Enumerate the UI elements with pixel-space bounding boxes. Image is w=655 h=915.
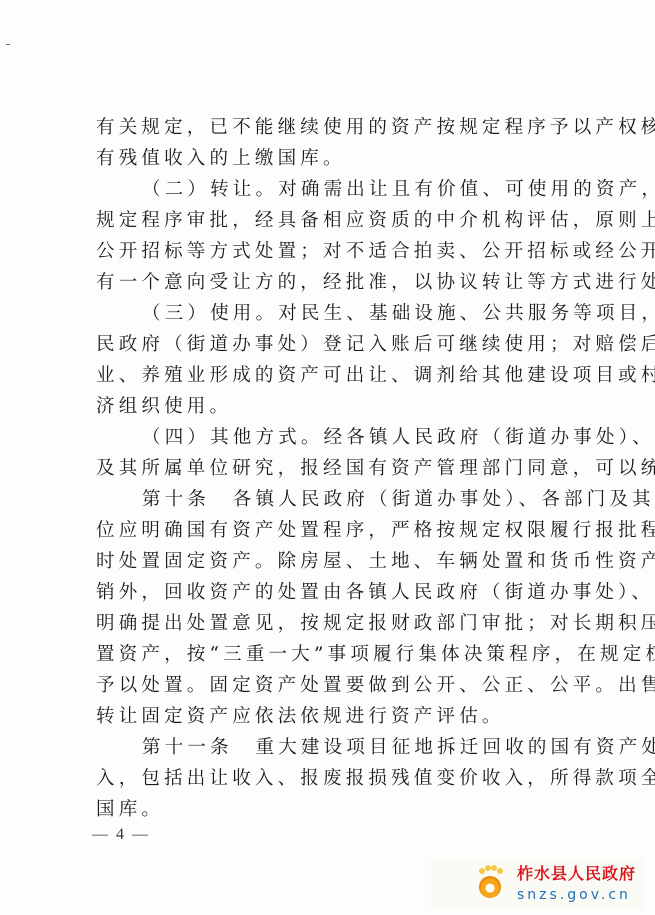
text-line: 时处置固定资产。除房屋、土地、车辆处置和货币性资产损失核: [96, 546, 582, 577]
text-line: 国库。: [96, 794, 582, 825]
site-watermark: 柞水县人民政府 snzs.gov.cn: [425, 858, 643, 910]
text-line: 有关规定，已不能继续使用的资产按规定程序予以产权核销。若: [96, 112, 582, 143]
sunflower-logo-icon: [475, 862, 515, 906]
article-heading-line: 第十一条 重大建设项目征地拆迁回收的国有资产处置收: [96, 732, 582, 763]
text-line: 民政府（街道办事处）登记入账后可继续使用；对赔偿后的种植: [96, 329, 582, 360]
text-line: 规定程序审批，经具备相应资质的中介机构评估，原则上以拍卖、: [96, 205, 582, 236]
text-line: （二）转让。对确需出让且有价值、可使用的资产，必须按: [96, 174, 582, 205]
text-line: 予以处置。固定资产处置要做到公开、公正、公平。出售、出让、: [96, 670, 582, 701]
text-line: 转让固定资产应依法依规进行资产评估。: [96, 701, 582, 732]
text-line: （四）其他方式。经各镇人民政府（街道办事处）、各部门: [96, 422, 582, 453]
text-line: 销外，回收资产的处置由各镇人民政府（街道办事处）、各部门: [96, 577, 582, 608]
text-line: 入，包括出让收入、报废报损残值变价收入，所得款项全部上缴: [96, 763, 582, 794]
text-line: 及其所属单位研究，报经国有资产管理部门同意，可以统筹使用。: [96, 453, 582, 484]
document-body: 有关规定，已不能继续使用的资产按规定程序予以产权核销。若 有残值收入的上缴国库。…: [96, 112, 582, 825]
article-heading-line: 第十条 各镇人民政府（街道办事处）、各部门及其所属单: [96, 484, 582, 515]
watermark-title: 柞水县人民政府: [517, 866, 636, 882]
document-page: 有关规定，已不能继续使用的资产按规定程序予以产权核销。若 有残值收入的上缴国库。…: [0, 0, 655, 915]
page-number: — 4 —: [92, 826, 150, 844]
text-line: 有残值收入的上缴国库。: [96, 143, 582, 174]
text-line: 业、养殖业形成的资产可出让、调剂给其他建设项目或村集体经: [96, 360, 582, 391]
text-line: 置资产，按“三重一大”事项履行集体决策程序，在规定权限内: [96, 639, 582, 670]
text-line: 位应明确国有资产处置程序，严格按规定权限履行报批程序，及: [96, 515, 582, 546]
text-line: 公开招标等方式处置；对不适合拍卖、公开招标或经公开征集只: [96, 236, 582, 267]
watermark-url: snzs.gov.cn: [517, 888, 636, 902]
text-line: 济组织使用。: [96, 391, 582, 422]
text-line: 明确提出处置意见，按规定报财政部门审批；对长期积压的待处: [96, 608, 582, 639]
text-line: （三）使用。对民生、基础设施、公共服务等项目，各镇人: [96, 298, 582, 329]
text-line: 有一个意向受让方的，经批准，以协议转让等方式进行处置。: [96, 267, 582, 298]
scan-speck: [6, 44, 10, 45]
